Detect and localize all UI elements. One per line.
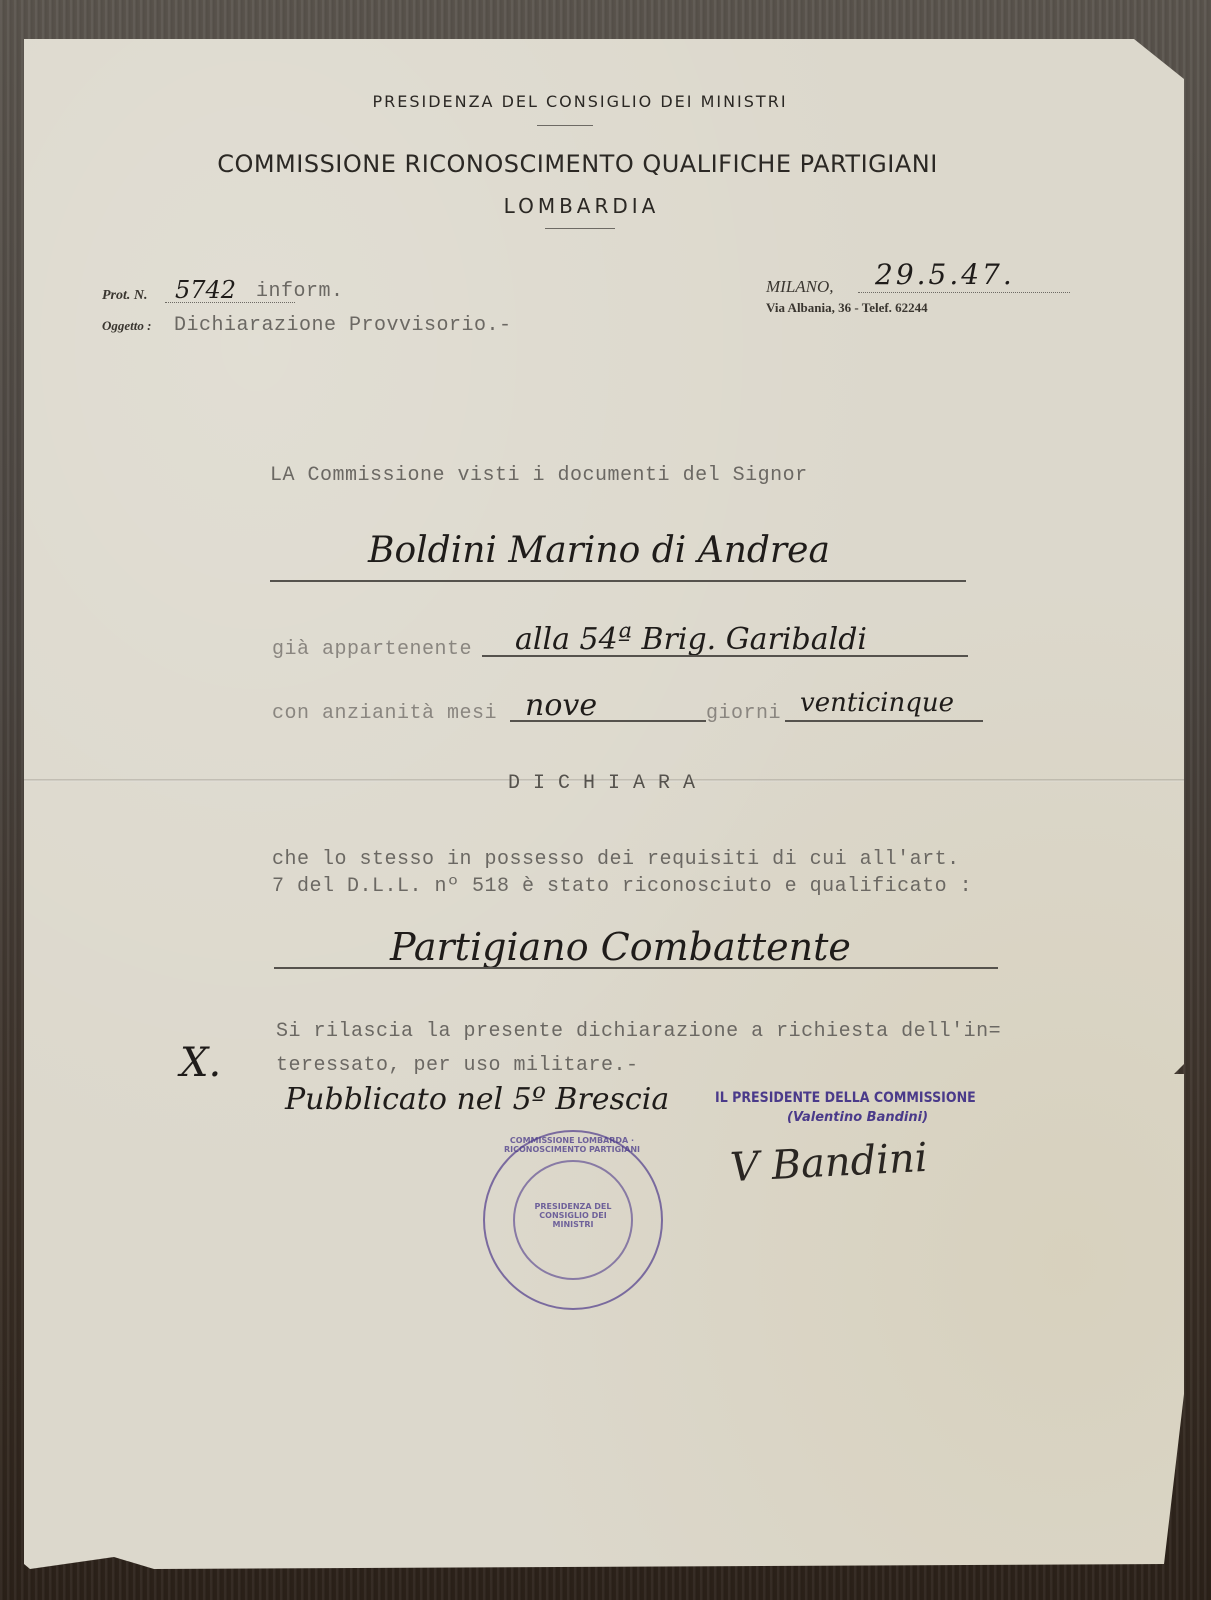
days-underline (785, 720, 983, 722)
months-underline (510, 720, 706, 722)
membership-underline (482, 655, 968, 657)
person-name: Boldini Marino di Andrea (368, 530, 830, 571)
membership-label: già appartenente (272, 638, 472, 661)
date-dotted-line (858, 292, 1070, 293)
months-value: nove (525, 688, 597, 723)
subject-label: Oggetto : (102, 318, 151, 334)
president-stamp-name: (Valentino Bandini) (787, 1110, 928, 1125)
margin-mark: X. (180, 1040, 221, 1086)
city-label: MILANO, (766, 277, 834, 297)
commission-seal: COMMISSIONE LOMBARDA · RICONOSCIMENTO PA… (483, 1130, 663, 1310)
date-handwritten: 29.5.47. (875, 258, 1015, 291)
prot-label: Prot. N. (102, 288, 148, 304)
seal-inner-text: PRESIDENZA DEL CONSIGLIO DEI MINISTRI (519, 1202, 627, 1229)
letterhead-ornament (545, 228, 615, 229)
days-label: giorni (706, 702, 781, 725)
prot-suffix: inform. (256, 280, 344, 303)
days-value: venticinque (800, 688, 954, 718)
statement-line-1: che lo stesso in possesso dei requisiti … (272, 848, 960, 871)
letterhead-divider (537, 125, 593, 126)
release-line-2: teressato, per uso militare.- (276, 1054, 639, 1077)
letterhead-commission: COMMISSIONE RICONOSCIMENTO QUALIFICHE PA… (0, 150, 1155, 178)
letterhead-presidency: PRESIDENZA DEL CONSIGLIO DEI MINISTRI (0, 92, 1160, 111)
seal-outer-text: COMMISSIONE LOMBARDA · RICONOSCIMENTO PA… (489, 1136, 655, 1154)
prot-number: 5742 (175, 276, 236, 304)
statement-line-2: 7 del D.L.L. nº 518 è stato riconosciuto… (272, 875, 972, 898)
intro-line: LA Commissione visti i documenti del Sig… (270, 464, 808, 487)
qualification-underline (274, 967, 998, 969)
seniority-label: con anzianità mesi (272, 702, 497, 725)
letterhead-region: LOMBARDIA (0, 194, 1163, 218)
name-underline (270, 580, 966, 582)
release-line-1: Si rilascia la presente dichiarazione a … (276, 1020, 1001, 1043)
publication-note: Pubblicato nel 5º Brescia (285, 1082, 669, 1117)
qualification-value: Partigiano Combattente (390, 925, 851, 969)
membership-value: alla 54ª Brig. Garibaldi (515, 622, 867, 657)
address: Via Albania, 36 - Telef. 62244 (766, 300, 928, 316)
president-stamp-title: IL PRESIDENTE DELLA COMMISSIONE (715, 1090, 976, 1106)
declares-heading: D I C H I A R A (508, 772, 696, 795)
subject-value: Dichiarazione Provvisorio.- (174, 314, 512, 337)
